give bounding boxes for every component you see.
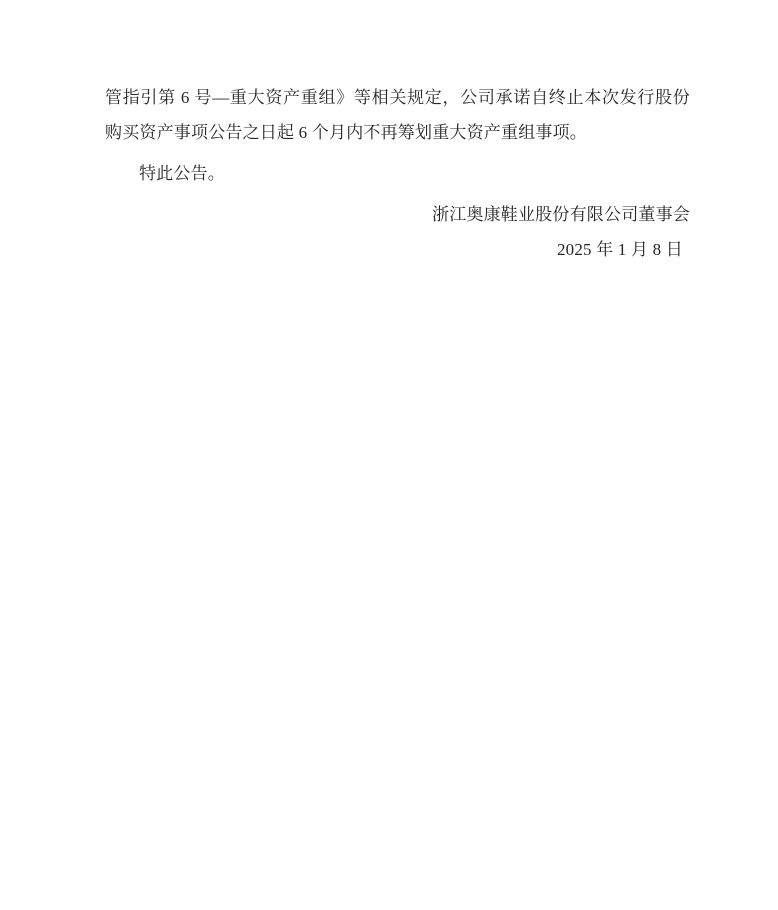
signature-block: 浙江奥康鞋业股份有限公司董事会 2025 年 1 月 8 日	[105, 197, 690, 267]
closing-statement: 特此公告。	[105, 156, 690, 191]
body-paragraph: 管指引第 6 号—重大资产重组》等相关规定，公司承诺自终止本次发行股份购买资产事…	[105, 80, 690, 150]
signature-company: 浙江奥康鞋业股份有限公司董事会	[105, 197, 690, 232]
document-page: 管指引第 6 号—重大资产重组》等相关规定，公司承诺自终止本次发行股份购买资产事…	[0, 0, 778, 910]
signature-date: 2025 年 1 月 8 日	[105, 232, 690, 267]
document-content: 管指引第 6 号—重大资产重组》等相关规定，公司承诺自终止本次发行股份购买资产事…	[105, 80, 690, 267]
